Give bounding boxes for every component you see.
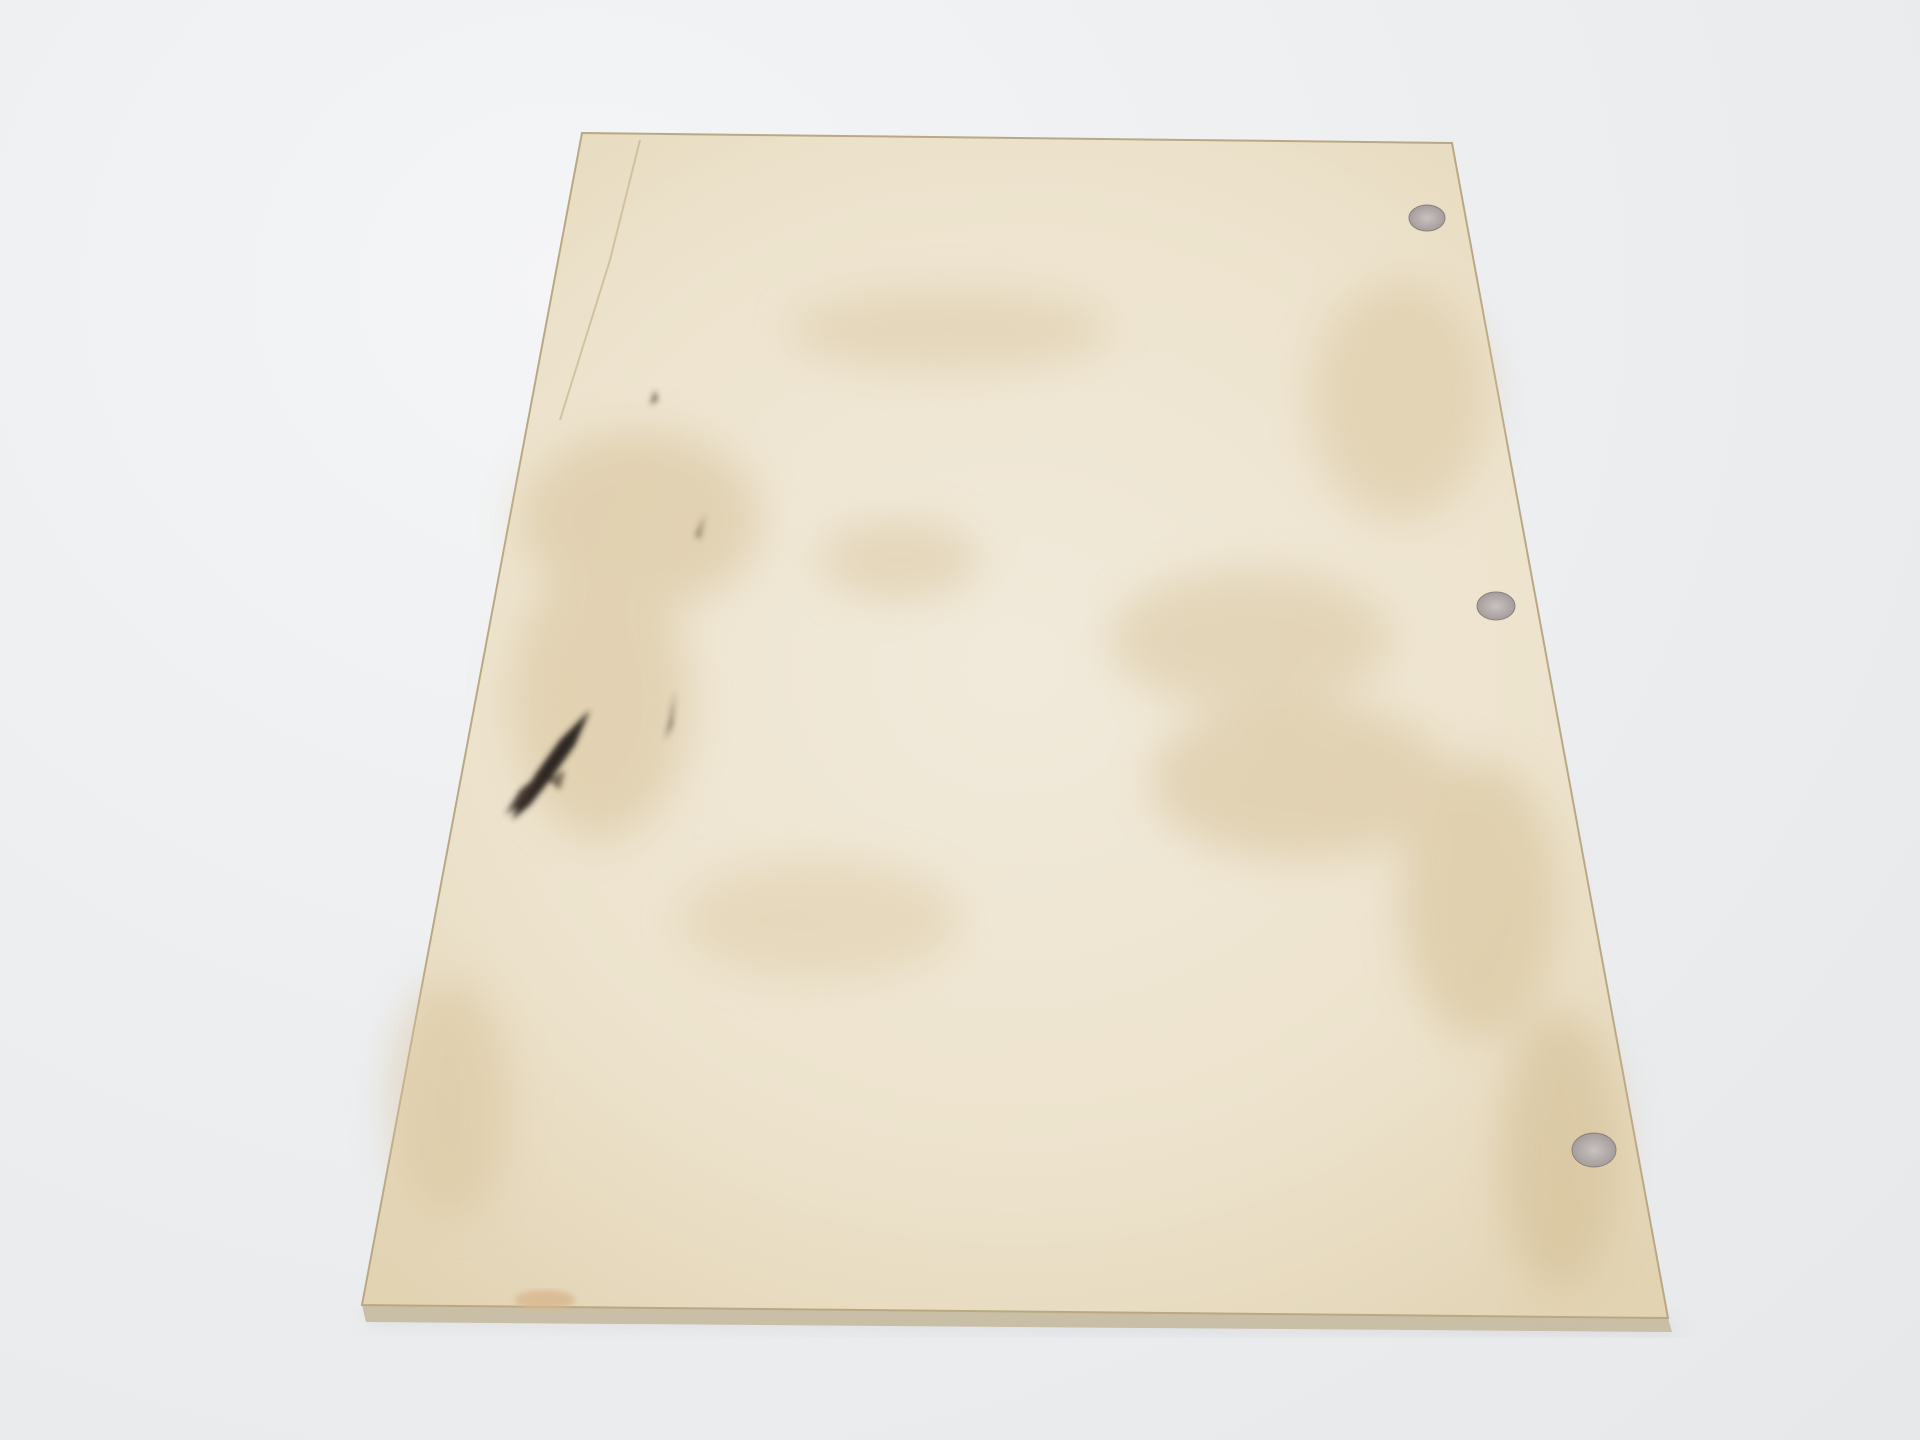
photo-scene: Aged, stained stack of hole-punched pape…	[0, 0, 1920, 1440]
punch-hole-2	[1477, 592, 1515, 620]
punch-hole-3	[1572, 1133, 1616, 1167]
corner-wear-stain	[515, 1290, 575, 1310]
paper-stack	[0, 0, 1920, 1440]
punch-hole-1	[1409, 205, 1445, 231]
